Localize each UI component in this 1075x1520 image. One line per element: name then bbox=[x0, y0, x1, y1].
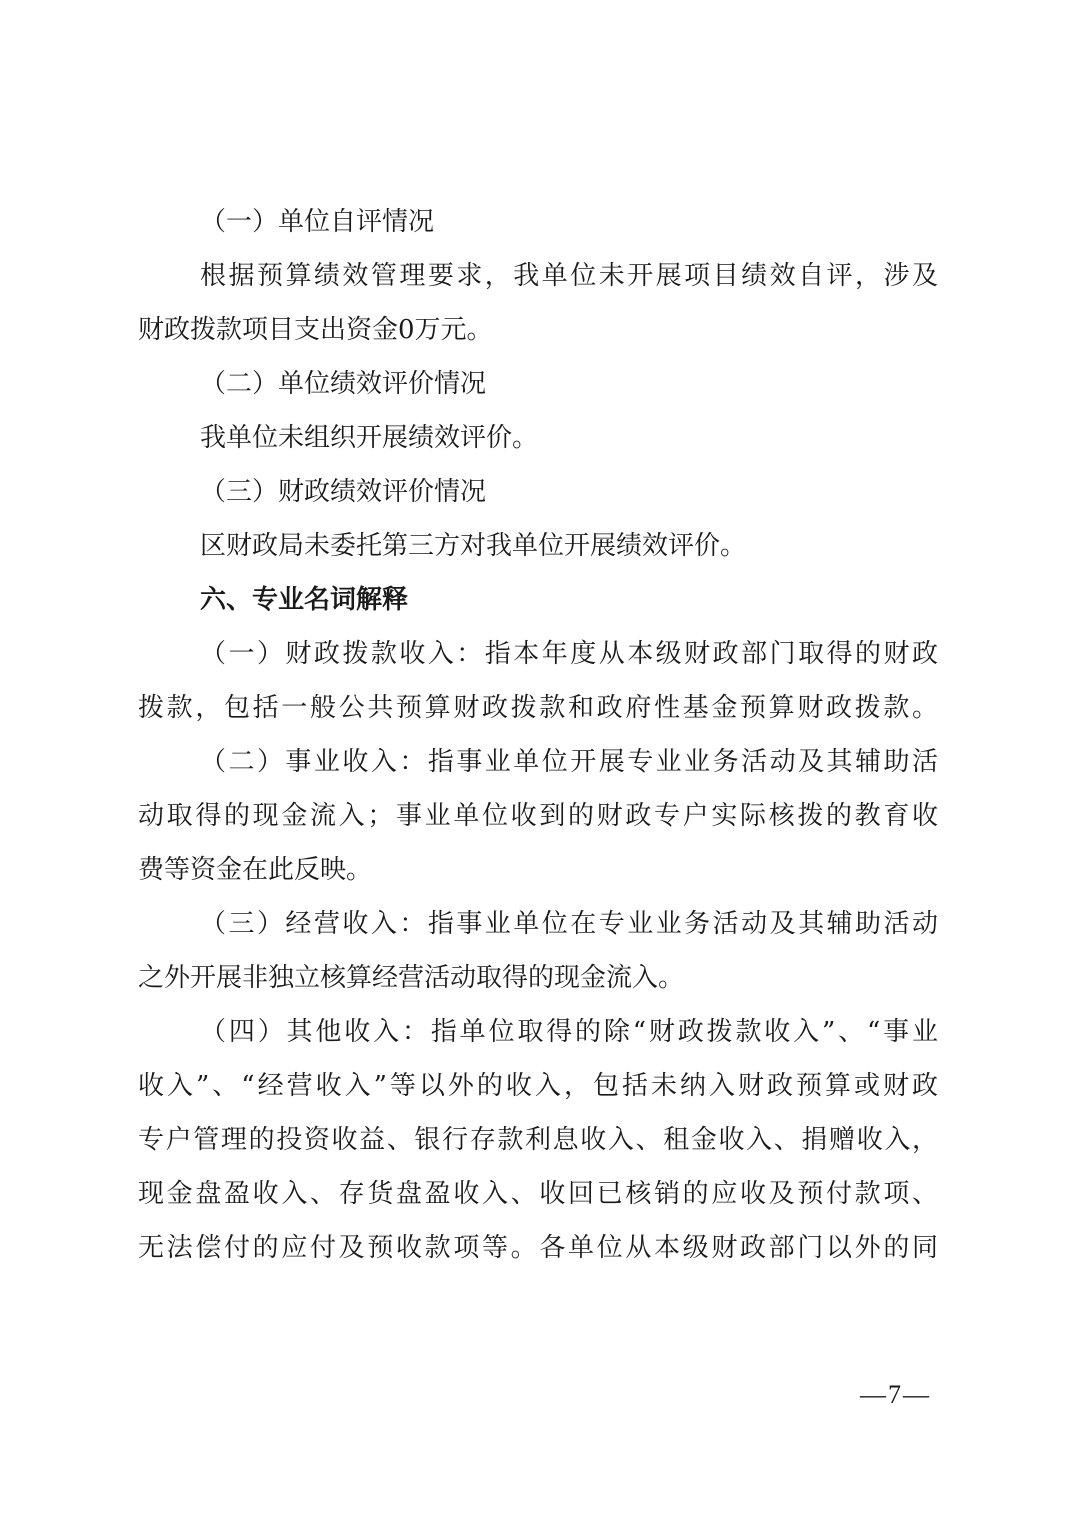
term-item-fiscal-appropriation: （一）财政拨款收入：指本年度从本级财政部门取得的财政 bbox=[200, 634, 938, 674]
paragraph-line: 收入”、“经营收入”等以外的收入，包括未纳入财政预算或财政 bbox=[138, 1066, 938, 1106]
section-heading-finance-eval: （三）财政绩效评价情况 bbox=[200, 472, 938, 512]
paragraph-line: 无法偿付的应付及预收款项等。各单位从本级财政部门以外的同 bbox=[138, 1228, 938, 1268]
paragraph-line: 现金盘盈收入、存货盘盈收入、收回已核销的应收及预付款项、 bbox=[138, 1174, 938, 1214]
term-label: （三）经营收入： bbox=[200, 909, 428, 939]
paragraph-line: 费等资金在此反映。 bbox=[138, 850, 938, 890]
paragraph-line: 专户管理的投资收益、银行存款利息收入、租金收入、捐赠收入， bbox=[138, 1120, 938, 1160]
term-label: （二）事业收入： bbox=[200, 747, 428, 777]
term-item-operating-income: （三）经营收入：指事业单位在专业业务活动及其辅助活动 bbox=[200, 904, 938, 944]
chapter-heading-terms: 六、专业名词解释 bbox=[200, 580, 938, 620]
paragraph-line: 区财政局未委托第三方对我单位开展绩效评价。 bbox=[200, 526, 938, 566]
term-label: （四）其他收入： bbox=[200, 1017, 431, 1047]
term-definition: 指事业单位开展专业业务活动及其辅助活 bbox=[428, 747, 938, 777]
paragraph-line: 动取得的现金流入；事业单位收到的财政专户实际核拨的教育收 bbox=[138, 796, 938, 836]
paragraph-line: 拨款，包括一般公共预算财政拨款和政府性基金预算财政拨款。 bbox=[138, 688, 938, 728]
term-item-business-income: （二）事业收入：指事业单位开展专业业务活动及其辅助活 bbox=[200, 742, 938, 782]
section-heading-self-eval: （一）单位自评情况 bbox=[200, 202, 938, 242]
page-number: —7— bbox=[860, 1375, 931, 1415]
term-definition: 指事业单位在专业业务活动及其辅助活动 bbox=[428, 909, 938, 939]
term-definition: 指单位取得的除“财政拨款收入”、“事业 bbox=[431, 1017, 938, 1047]
term-definition: 指本年度从本级财政部门取得的财政 bbox=[485, 639, 938, 669]
paragraph-line: 我单位未组织开展绩效评价。 bbox=[200, 418, 938, 458]
paragraph-line: 财政拨款项目支出资金0万元。 bbox=[138, 310, 938, 350]
paragraph-line: 之外开展非独立核算经营活动取得的现金流入。 bbox=[138, 958, 938, 998]
paragraph-line: 根据预算绩效管理要求，我单位未开展项目绩效自评，涉及 bbox=[200, 256, 938, 296]
section-heading-unit-eval: （二）单位绩效评价情况 bbox=[200, 364, 938, 404]
term-item-other-income: （四）其他收入：指单位取得的除“财政拨款收入”、“事业 bbox=[200, 1012, 938, 1052]
term-label: （一）财政拨款收入： bbox=[200, 639, 485, 669]
